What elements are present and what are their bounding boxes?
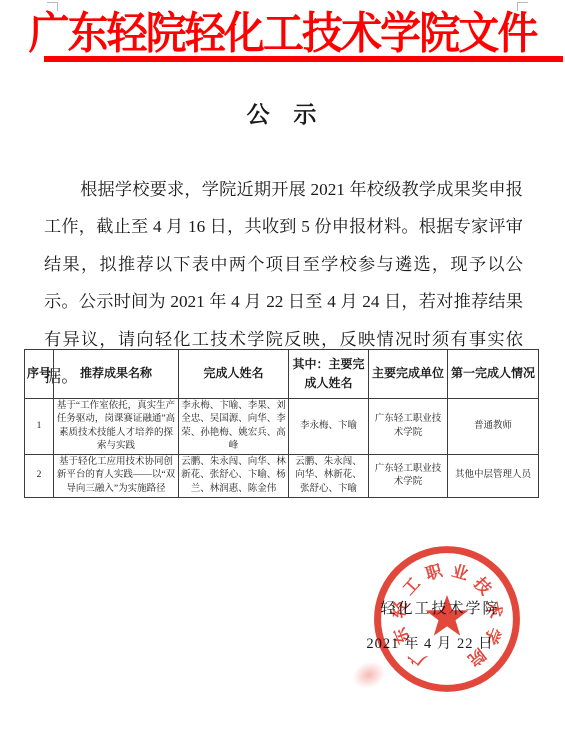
seal-ink-smudge — [349, 657, 390, 693]
svg-text:技: 技 — [469, 573, 495, 599]
col-header-first-completer-status: 第一完成人情况 — [448, 350, 539, 399]
col-header-main-unit: 主要完成单位 — [369, 350, 448, 399]
table-row: 2 基于轻化工应用技术协同创新平台的育人实践——以“双导向三融入”为实施路径 云… — [25, 455, 539, 498]
table-header-row: 序号 推荐成果名称 完成人姓名 其中：主要完成人姓名 主要完成单位 第一完成人情… — [25, 350, 539, 399]
cell-main-unit: 广东轻工职业技术学院 — [369, 455, 448, 498]
cell-no: 1 — [25, 399, 54, 455]
cell-first-completer-status: 普通教师 — [448, 399, 539, 455]
col-header-main-completers: 其中：主要完成人姓名 — [289, 350, 369, 399]
document-page: 广东轻院轻化工技术学院文件 公 示 根据学校要求，学院近期开展 2021 年校级… — [0, 0, 565, 729]
results-table: 序号 推荐成果名称 完成人姓名 其中：主要完成人姓名 主要完成单位 第一完成人情… — [24, 349, 539, 498]
notice-title: 公 示 — [0, 96, 565, 129]
letterhead-title: 广东轻院轻化工技术学院文件 — [20, 2, 545, 56]
cell-main-unit: 广东轻工职业技术学院 — [369, 399, 448, 455]
col-header-completers: 完成人姓名 — [179, 350, 289, 399]
svg-text:业: 业 — [450, 561, 472, 584]
seal-ring — [378, 550, 517, 689]
table-row: 1 基于“工作室依托，真实生产任务驱动，岗课赛证融通”高素质技术技能人才培养的探… — [25, 399, 539, 455]
cell-name: 基于“工作室依托，真实生产任务驱动，岗课赛证融通”高素质技术技能人才培养的探索与… — [54, 399, 179, 455]
col-header-no: 序号 — [25, 350, 54, 399]
cell-completers: 云鹏、朱永闯、向华、林新花、张舒心、卞喻、杨兰、林润惠、陈金伟 — [179, 455, 289, 498]
cell-no: 2 — [25, 455, 54, 498]
cell-name: 基于轻化工应用技术协同创新平台的育人实践——以“双导向三融入”为实施路径 — [54, 455, 179, 498]
letterhead-rule — [44, 56, 563, 62]
cell-main-completers: 云鹏、朱永闯、向华、林新花、张舒心、卞喻 — [289, 455, 369, 498]
svg-text:职: 职 — [423, 561, 445, 584]
svg-text:工: 工 — [399, 573, 424, 598]
cell-first-completer-status: 其他中层管理人员 — [448, 455, 539, 498]
signature-date: 2021 年 4 月 22 日 — [330, 632, 530, 653]
cell-completers: 李永梅、卞喻、李果、刘全忠、吴国源、向华、李荣、孙艳梅、姚宏兵、高峰 — [179, 399, 289, 455]
cell-main-completers: 李永梅、卞喻 — [289, 399, 369, 455]
signature-department: 轻化工技术学院 — [340, 597, 540, 618]
col-header-name: 推荐成果名称 — [54, 350, 179, 399]
official-seal: 广东轻工职业技术学院 — [369, 541, 525, 697]
